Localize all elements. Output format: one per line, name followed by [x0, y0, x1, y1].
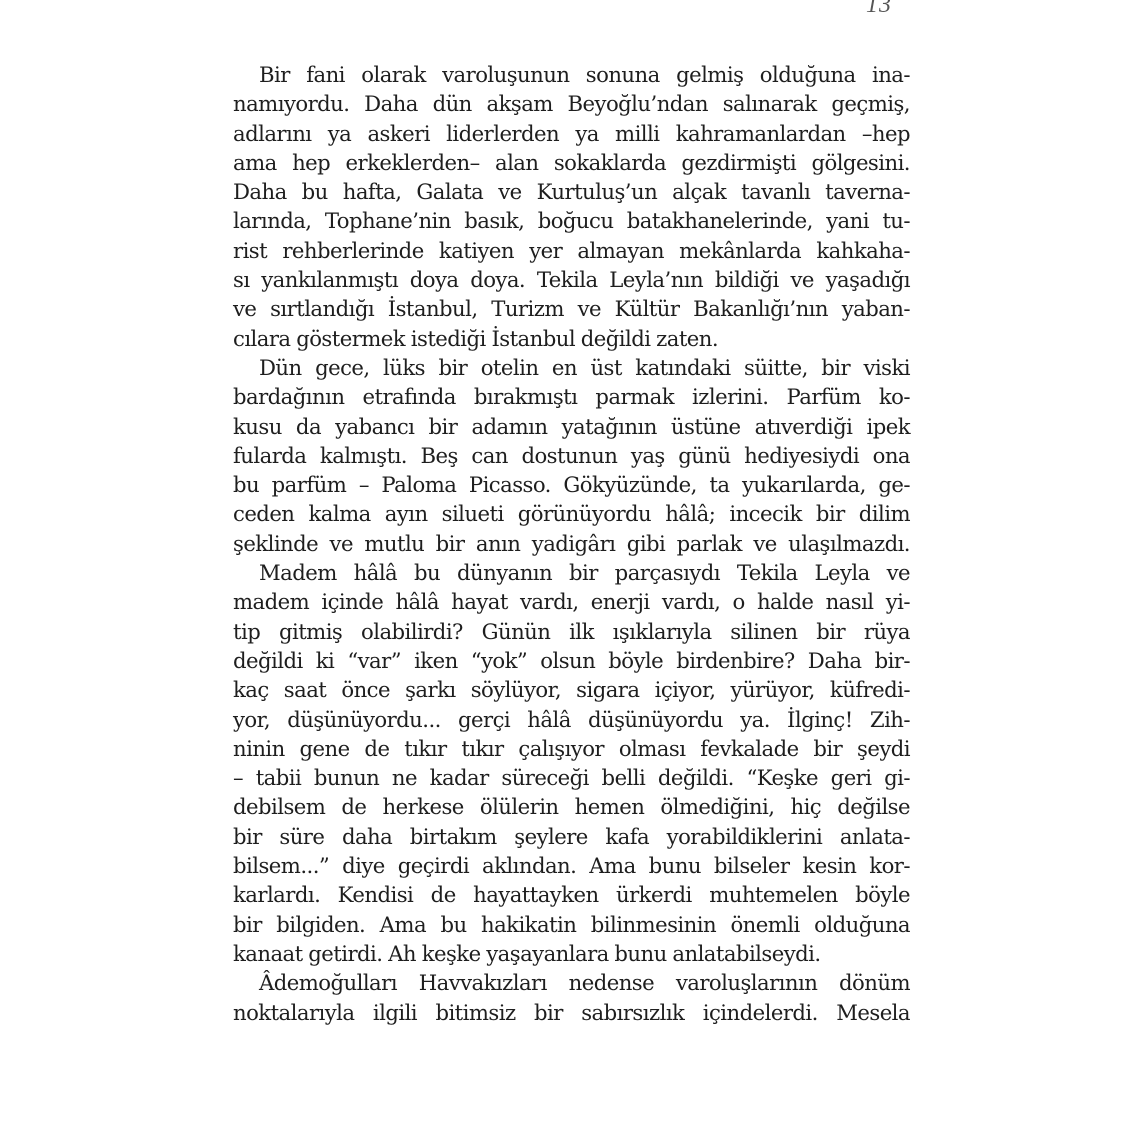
- text-line: fularda kalmıştı. Beş can dostunun yaş g…: [233, 441, 910, 470]
- text-line: namıyordu. Daha dün akşam Beyoğlu’ndan s…: [233, 89, 910, 118]
- text-line: ama hep erkeklerden– alan sokaklarda gez…: [233, 148, 910, 177]
- paragraph-3: Madem hâlâ bu dünyanın bir parçasıydı Te…: [233, 558, 910, 968]
- text-line: bir süre daha birtakım şeylere kafa yora…: [233, 822, 910, 851]
- text-line: Dün gece, lüks bir otelin en üst katında…: [233, 353, 910, 382]
- text-line: bardağının etrafında bırakmıştı parmak i…: [233, 382, 910, 411]
- text-line: Madem hâlâ bu dünyanın bir parçasıydı Te…: [233, 558, 910, 587]
- text-line: – tabii bunun ne kadar süreceği belli de…: [233, 763, 910, 792]
- body-text: Bir fani olarak varoluşunun sonuna gelmi…: [233, 60, 910, 1027]
- text-line: debilsem de herkese ölülerin hemen ölmed…: [233, 792, 910, 821]
- page-number: 13: [866, 0, 892, 19]
- text-line: karlardı. Kendisi de hayattayken ürkerdi…: [233, 880, 910, 909]
- text-line: ceden kalma ayın silueti görünüyordu hâl…: [233, 499, 910, 528]
- text-line: yor, düşünüyordu... gerçi hâlâ düşünüyor…: [233, 705, 910, 734]
- text-line: kusu da yabancı bir adamın yatağının üst…: [233, 412, 910, 441]
- text-line: rist rehberlerinde katiyen yer almayan m…: [233, 236, 910, 265]
- book-page: 13 Bir fani olarak varoluşunun sonuna ge…: [0, 0, 1140, 1140]
- paragraph-4: Âdemoğulları Havvakızları nedense varolu…: [233, 968, 910, 1027]
- paragraph-2: Dün gece, lüks bir otelin en üst katında…: [233, 353, 910, 558]
- text-line: değildi ki “var” iken “yok” olsun böyle …: [233, 646, 910, 675]
- text-line: madem içinde hâlâ hayat vardı, enerji va…: [233, 587, 910, 616]
- text-line: Âdemoğulları Havvakızları nedense varolu…: [233, 968, 910, 997]
- text-line: ninin gene de tıkır tıkır çalışıyor olma…: [233, 734, 910, 763]
- text-line: noktalarıyla ilgili bitimsiz bir sabırsı…: [233, 998, 910, 1027]
- text-line: bilsem...” diye geçirdi aklından. Ama bu…: [233, 851, 910, 880]
- text-line: larında, Tophane’nin basık, boğucu batak…: [233, 206, 910, 235]
- paragraph-1: Bir fani olarak varoluşunun sonuna gelmi…: [233, 60, 910, 353]
- text-line: adlarını ya askeri liderlerden ya milli …: [233, 119, 910, 148]
- text-line: Daha bu hafta, Galata ve Kurtuluş’un alç…: [233, 177, 910, 206]
- text-line: ve sırtlandığı İstanbul, Turizm ve Kültü…: [233, 294, 910, 323]
- text-line: cılara göstermek istediği İstanbul değil…: [233, 324, 910, 353]
- text-line: bir bilgiden. Ama bu hakikatin bilinmesi…: [233, 910, 910, 939]
- text-line: şeklinde ve mutlu bir anın yadigârı gibi…: [233, 529, 910, 558]
- text-line: kaç saat önce şarkı söylüyor, sigara içi…: [233, 675, 910, 704]
- text-line: kanaat getirdi. Ah keşke yaşayanlara bun…: [233, 939, 910, 968]
- text-line: sı yankılanmıştı doya doya. Tekila Leyla…: [233, 265, 910, 294]
- text-line: tip gitmiş olabilirdi? Günün ilk ışıklar…: [233, 617, 910, 646]
- text-line: bu parfüm – Paloma Picasso. Gökyüzünde, …: [233, 470, 910, 499]
- text-line: Bir fani olarak varoluşunun sonuna gelmi…: [233, 60, 910, 89]
